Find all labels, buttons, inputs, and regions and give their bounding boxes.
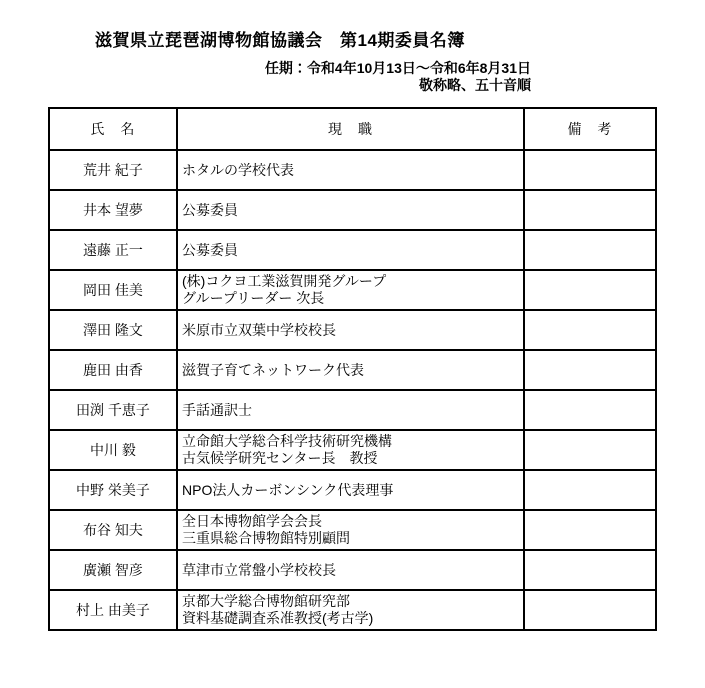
table-row: 中川 毅 立命館大学総合科学技術研究機構古気候学研究センター長 教授 — [49, 430, 656, 470]
member-name: 澤田 隆文 — [49, 310, 177, 350]
page-title: 滋賀県立琵琶湖博物館協議会 第14期委員名簿 — [95, 26, 465, 51]
member-remarks — [524, 550, 656, 590]
term-line: 任期：令和4年10月13日～令和6年8月31日 — [0, 60, 531, 77]
header-row: 氏 名 現 職 備 考 — [49, 108, 656, 150]
table-row: 田渕 千恵子 手話通訳士 — [49, 390, 656, 430]
document-subtitle: 任期：令和4年10月13日～令和6年8月31日 敬称略、五十音順 — [0, 60, 531, 94]
member-position: 米原市立双葉中学校校長 — [177, 310, 524, 350]
member-name: 遠藤 正一 — [49, 230, 177, 270]
table-row: 荒井 紀子 ホタルの学校代表 — [49, 150, 656, 190]
member-position: 公募委員 — [177, 230, 524, 270]
member-name: 鹿田 由香 — [49, 350, 177, 390]
member-remarks — [524, 470, 656, 510]
header-position-column: 現 職 — [177, 108, 524, 150]
member-position: 草津市立常盤小学校校長 — [177, 550, 524, 590]
member-name: 岡田 佳美 — [49, 270, 177, 310]
member-position: NPO法人カーボンシンク代表理事 — [177, 470, 524, 510]
member-remarks — [524, 510, 656, 550]
member-position: 滋賀子育てネットワーク代表 — [177, 350, 524, 390]
member-remarks — [524, 590, 656, 630]
member-remarks — [524, 310, 656, 350]
member-table-body: 荒井 紀子 ホタルの学校代表 井本 望夢 公募委員 遠藤 正一 公募委員 岡田 … — [49, 150, 656, 630]
member-roster-table: 氏 名 現 職 備 考 荒井 紀子 ホタルの学校代表 井本 望夢 公募委員 遠藤… — [48, 107, 657, 631]
member-name: 中川 毅 — [49, 430, 177, 470]
honorifics-note-line: 敬称略、五十音順 — [0, 77, 531, 94]
member-remarks — [524, 230, 656, 270]
table-row: 遠藤 正一 公募委員 — [49, 230, 656, 270]
member-position: (株)コクヨ工業滋賀開発グループグループリーダー 次長 — [177, 270, 524, 310]
member-remarks — [524, 270, 656, 310]
member-position: 京都大学総合博物館研究部資料基礎調査系准教授(考古学) — [177, 590, 524, 630]
member-remarks — [524, 430, 656, 470]
member-position: 手話通訳士 — [177, 390, 524, 430]
table-row: 岡田 佳美 (株)コクヨ工業滋賀開発グループグループリーダー 次長 — [49, 270, 656, 310]
member-position: 公募委員 — [177, 190, 524, 230]
table-row: 澤田 隆文 米原市立双葉中学校校長 — [49, 310, 656, 350]
member-name: 廣瀬 智彦 — [49, 550, 177, 590]
member-name: 中野 栄美子 — [49, 470, 177, 510]
table-row: 鹿田 由香 滋賀子育てネットワーク代表 — [49, 350, 656, 390]
member-remarks — [524, 190, 656, 230]
table-row: 布谷 知夫 全日本博物館学会会長三重県総合博物館特別顧問 — [49, 510, 656, 550]
member-position: 立命館大学総合科学技術研究機構古気候学研究センター長 教授 — [177, 430, 524, 470]
member-remarks — [524, 390, 656, 430]
member-name: 布谷 知夫 — [49, 510, 177, 550]
member-position: ホタルの学校代表 — [177, 150, 524, 190]
member-remarks — [524, 350, 656, 390]
member-name: 田渕 千恵子 — [49, 390, 177, 430]
member-remarks — [524, 150, 656, 190]
table-row: 井本 望夢 公募委員 — [49, 190, 656, 230]
member-position: 全日本博物館学会会長三重県総合博物館特別顧問 — [177, 510, 524, 550]
member-name: 村上 由美子 — [49, 590, 177, 630]
member-name: 井本 望夢 — [49, 190, 177, 230]
table-row: 廣瀬 智彦 草津市立常盤小学校校長 — [49, 550, 656, 590]
table-row: 村上 由美子 京都大学総合博物館研究部資料基礎調査系准教授(考古学) — [49, 590, 656, 630]
header-remarks-column: 備 考 — [524, 108, 656, 150]
member-name: 荒井 紀子 — [49, 150, 177, 190]
header-name-column: 氏 名 — [49, 108, 177, 150]
table-row: 中野 栄美子 NPO法人カーボンシンク代表理事 — [49, 470, 656, 510]
